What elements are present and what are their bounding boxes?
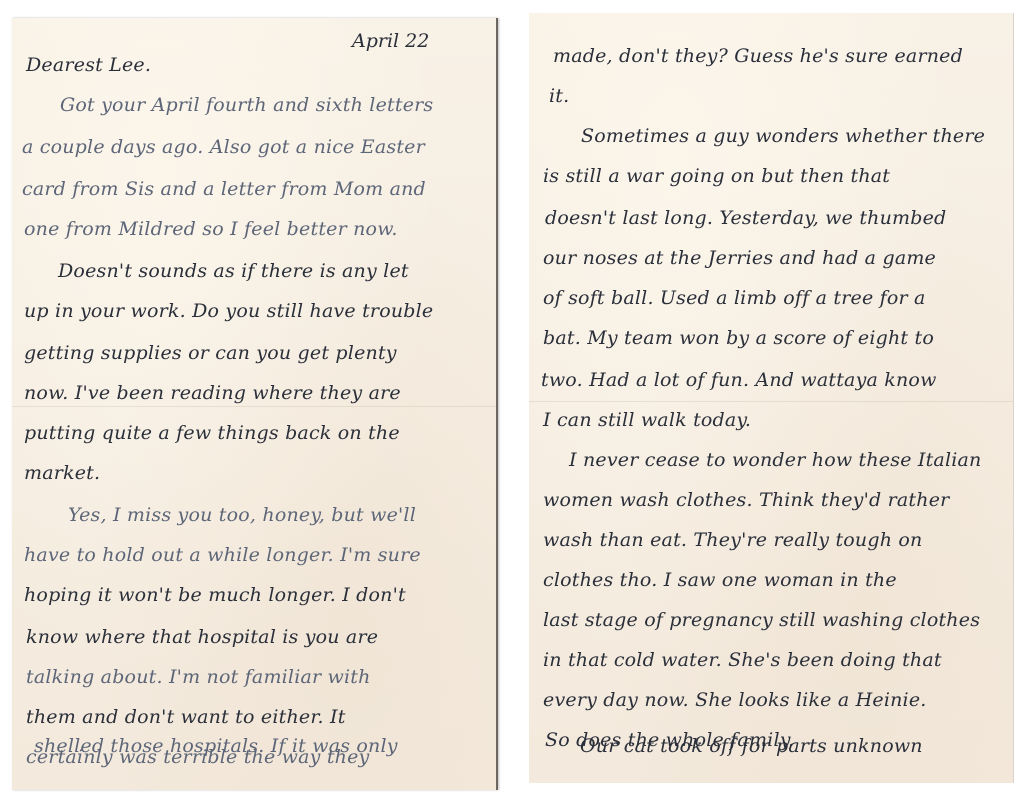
letter-line: Got your April fourth and sixth letters: [60, 94, 433, 116]
letter-line: card from Sis and a letter from Mom and: [22, 178, 426, 200]
letter-line: now. I've been reading where they are: [24, 382, 401, 404]
letter-line: have to hold out a while longer. I'm sur…: [24, 544, 421, 566]
letter-line: Doesn't sounds as if there is any let: [58, 260, 409, 282]
letter-line: two. Had a lot of fun. And wattaya know: [541, 369, 937, 391]
letter-line: Sometimes a guy wonders whether there: [581, 125, 985, 147]
letter-line: shelled those hospitals. If it was only: [34, 735, 398, 757]
letter-page-right: made, don't they? Guess he's sure earned…: [529, 13, 1014, 783]
letter-line: I can still walk today.: [543, 409, 751, 431]
salutation: Dearest Lee.: [26, 54, 151, 76]
letter-line: made, don't they? Guess he's sure earned: [553, 45, 963, 67]
letter-page-left: April 22 Dearest Lee. Got your April fou…: [12, 18, 498, 790]
letter-line: talking about. I'm not familiar with: [26, 666, 371, 688]
letter-line: doesn't last long. Yesterday, we thumbed: [545, 207, 946, 229]
letter-line: getting supplies or can you get plenty: [24, 342, 397, 364]
letter-line: our noses at the Jerries and had a game: [543, 247, 936, 269]
letter-line: in that cold water. She's been doing tha…: [543, 649, 942, 671]
letter-line: Yes, I miss you too, honey, but we'll: [68, 504, 416, 526]
paper-fold-line: [529, 401, 1013, 402]
letter-line: clothes tho. I saw one woman in the: [543, 569, 897, 591]
letter-line: bat. My team won by a score of eight to: [543, 327, 934, 349]
letter-line: Our cat took off for parts unknown: [580, 735, 923, 757]
letter-line: market.: [24, 462, 100, 484]
letter-line: it.: [549, 85, 569, 107]
letter-line: women wash clothes. Think they'd rather: [543, 489, 949, 511]
letter-line: a couple days ago. Also got a nice Easte…: [22, 136, 425, 158]
letter-line: up in your work. Do you still have troub…: [24, 300, 433, 322]
letter-date: April 22: [352, 30, 429, 52]
letter-line: of soft ball. Used a limb off a tree for…: [543, 287, 926, 309]
letter-line: know where that hospital is you are: [26, 626, 378, 648]
letter-line: is still a war going on but then that: [543, 165, 890, 187]
letter-line: I never cease to wonder how these Italia…: [569, 449, 981, 471]
paper-fold-line: [12, 406, 496, 407]
letter-line: every day now. She looks like a Heinie.: [543, 689, 927, 711]
letter-line: last stage of pregnancy still washing cl…: [543, 609, 980, 631]
letter-line: hoping it won't be much longer. I don't: [24, 584, 406, 606]
letter-line: them and don't want to either. It: [26, 706, 346, 728]
letter-line: putting quite a few things back on the: [24, 422, 400, 444]
letter-line: wash than eat. They're really tough on: [543, 529, 922, 551]
letter-line: one from Mildred so I feel better now.: [24, 218, 398, 240]
letter-scan: April 22 Dearest Lee. Got your April fou…: [0, 0, 1024, 803]
